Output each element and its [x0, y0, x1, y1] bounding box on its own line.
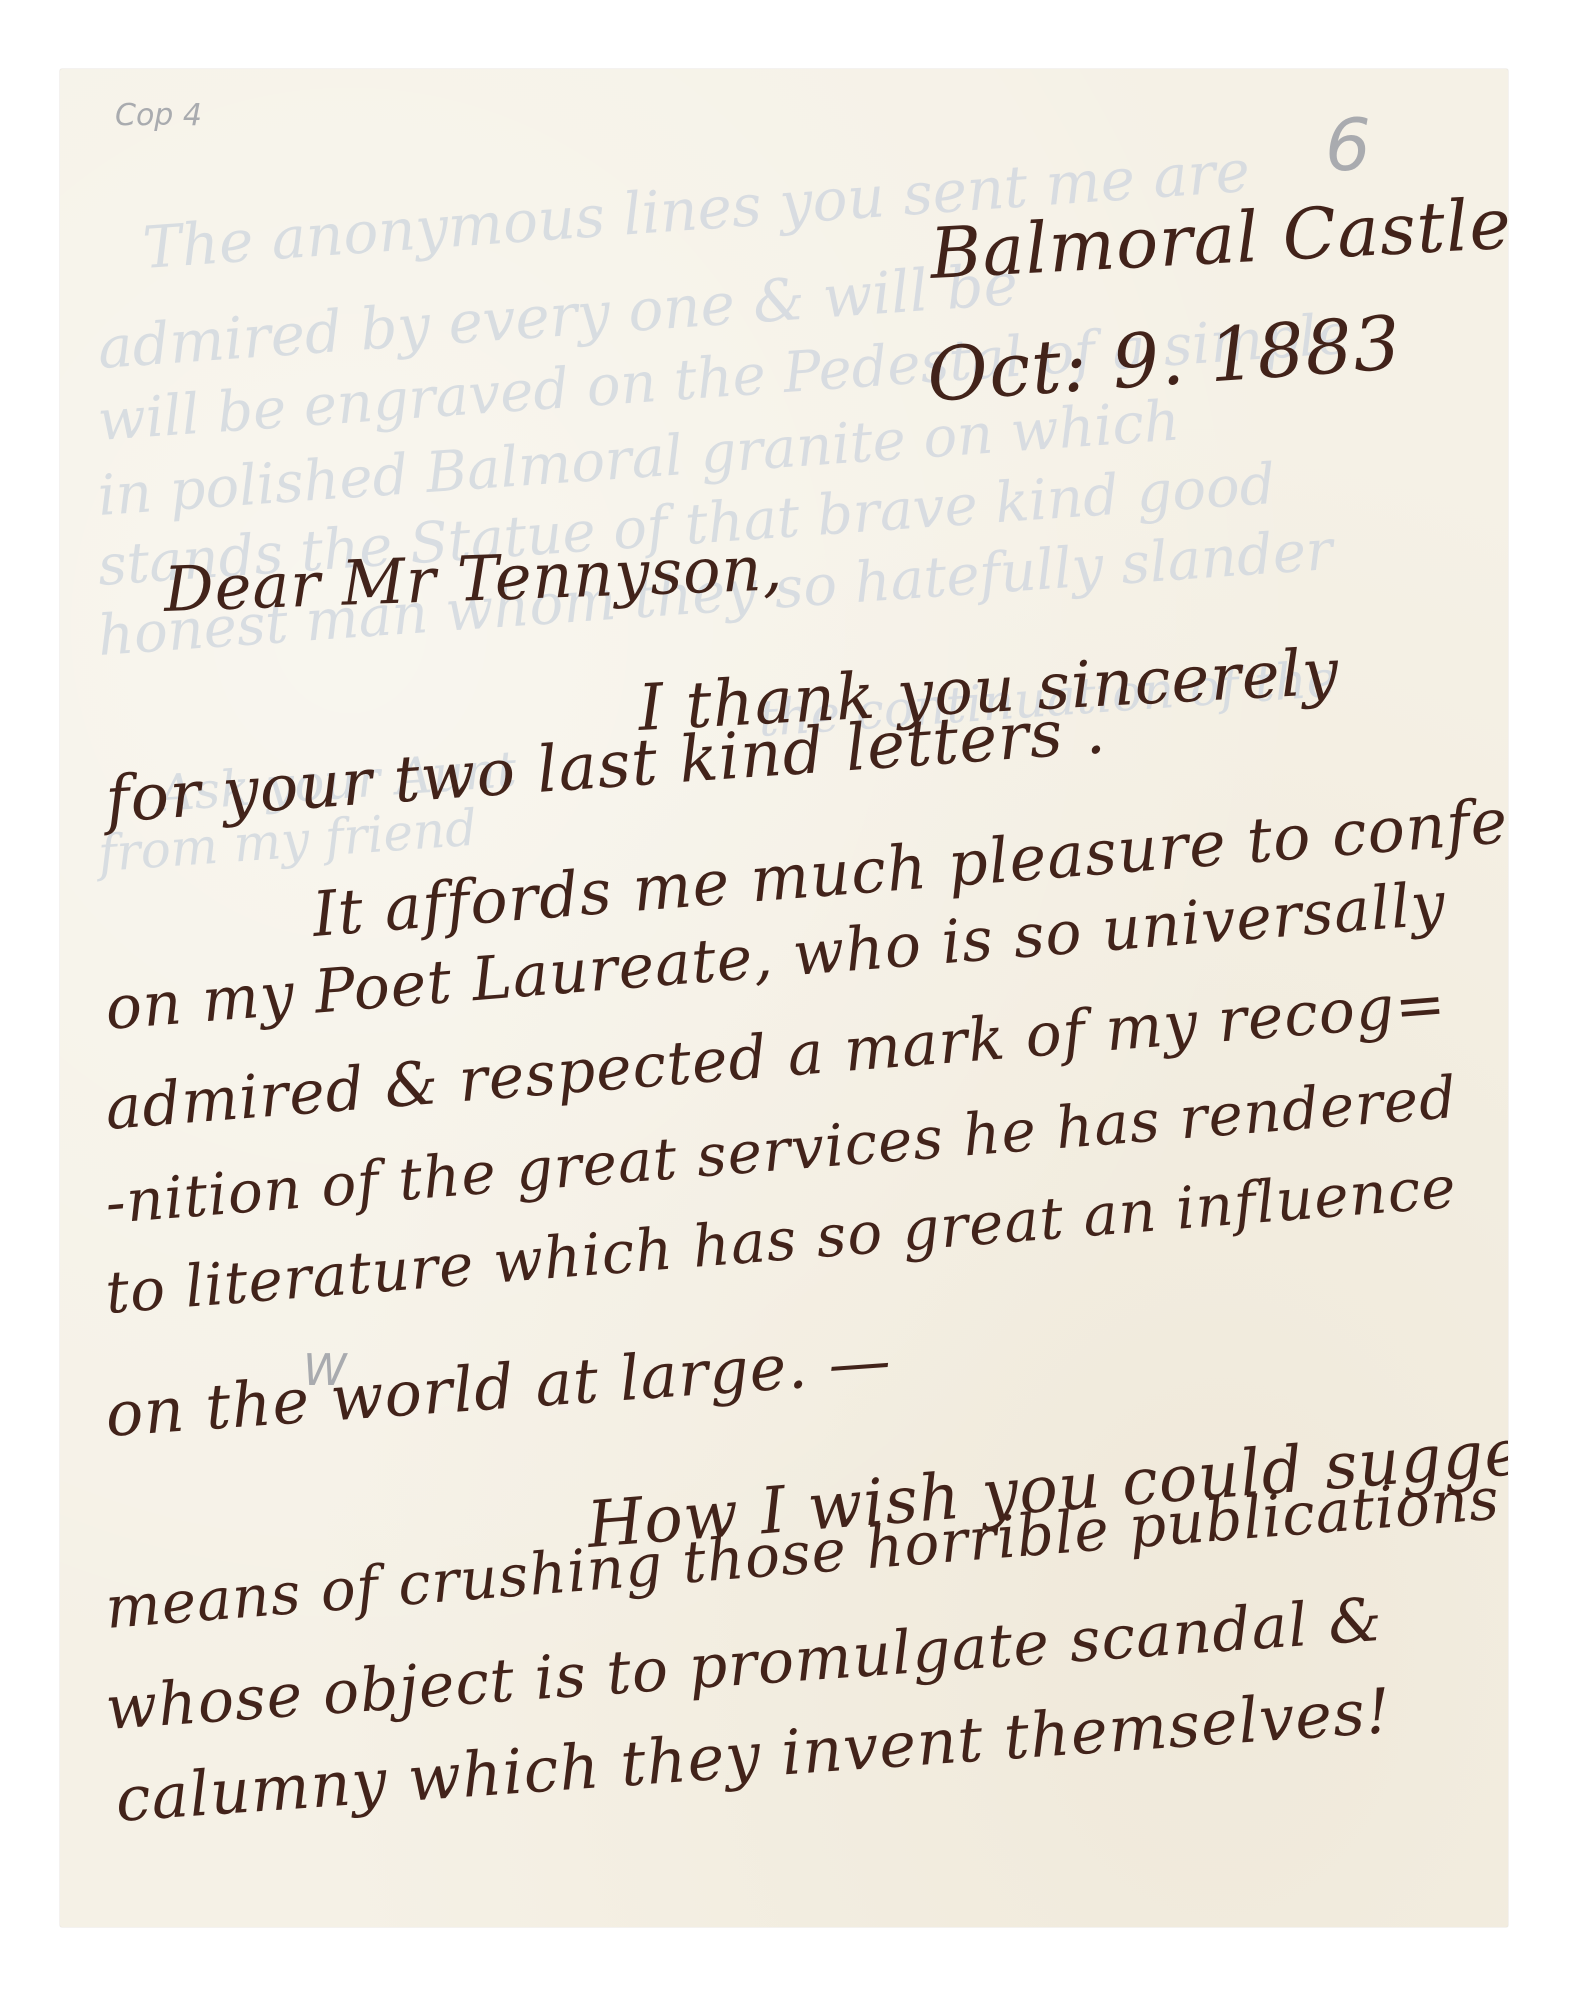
pencil-note-top-left: Cop 4 [115, 101, 202, 131]
letter-body-line: on the world at large. — [104, 1329, 894, 1446]
letter-paper: The anonymous lines you sent me are admi… [60, 69, 1508, 1927]
letter-body-line: for your two last kind letters . [104, 699, 1108, 833]
letter-date: Oct: 9. 1883 [925, 306, 1404, 413]
pencil-note-page-number: 6 [1325, 109, 1371, 181]
